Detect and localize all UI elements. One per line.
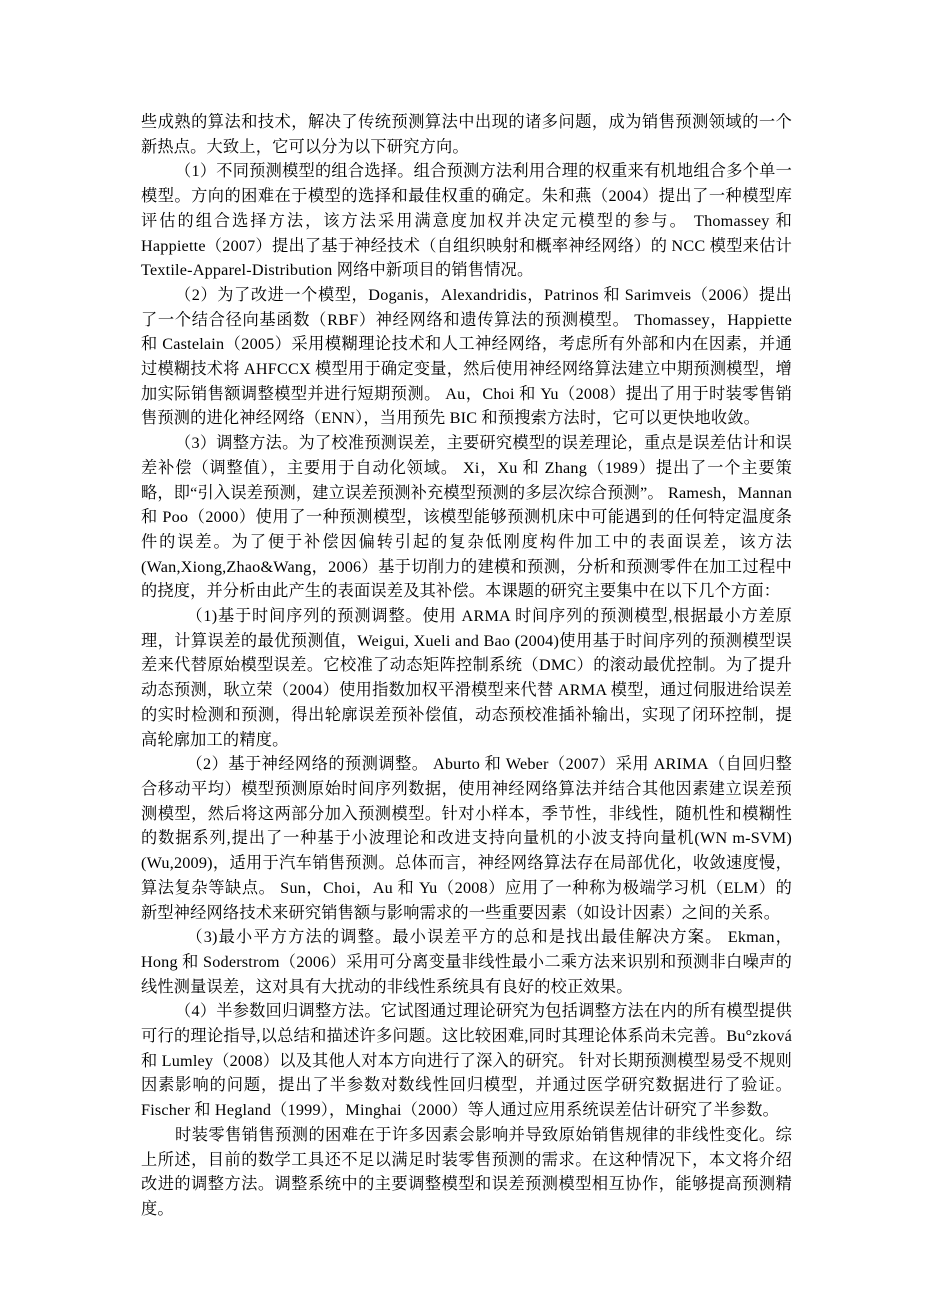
- document-canvas: { "page": { "background_color": "#ffffff…: [0, 0, 926, 1309]
- document-page: 些成熟的算法和技术，解决了传统预测算法中出现的诸多问题，成为销售预测领域的一个新…: [141, 110, 792, 1222]
- paragraph-item-1-combination-selection: （1）不同预测模型的组合选择。组合预测方法利用合理的权重来有机地组合多个单一模型…: [141, 159, 792, 283]
- paragraph-subitem-3-least-squares-adjustment: （3)最小平方方法的调整。最小误差平方的总和是找出最佳解决方案。 Ekman，H…: [141, 925, 792, 999]
- paragraph-item-2-model-improvement: （2）为了改进一个模型，Doganis，Alexandridis，Patrino…: [141, 283, 792, 431]
- paragraph-conclusion: 时装零售销售预测的困难在于许多因素会影响并导致原始销售规律的非线性变化。综上所述…: [141, 1123, 792, 1222]
- paragraph-item-3-adjustment-methods: （3）调整方法。为了校准预测误差，主要研究模型的误差理论，重点是误差估计和误差补…: [141, 431, 792, 604]
- paragraph-subitem-2-neural-network-adjustment: （2）基于神经网络的预测调整。 Aburto 和 Weber（2007）采用 A…: [141, 752, 792, 925]
- paragraph-subitem-1-time-series-adjustment: （1)基于时间序列的预测调整。使用 ARMA 时间序列的预测模型,根据最小方差原…: [141, 604, 792, 752]
- paragraph-continuation: 些成熟的算法和技术，解决了传统预测算法中出现的诸多问题，成为销售预测领域的一个新…: [141, 110, 792, 159]
- paragraph-item-4-semiparametric-regression: （4）半参数回归调整方法。它试图通过理论研究为包括调整方法在内的所有模型提供可行…: [141, 999, 792, 1123]
